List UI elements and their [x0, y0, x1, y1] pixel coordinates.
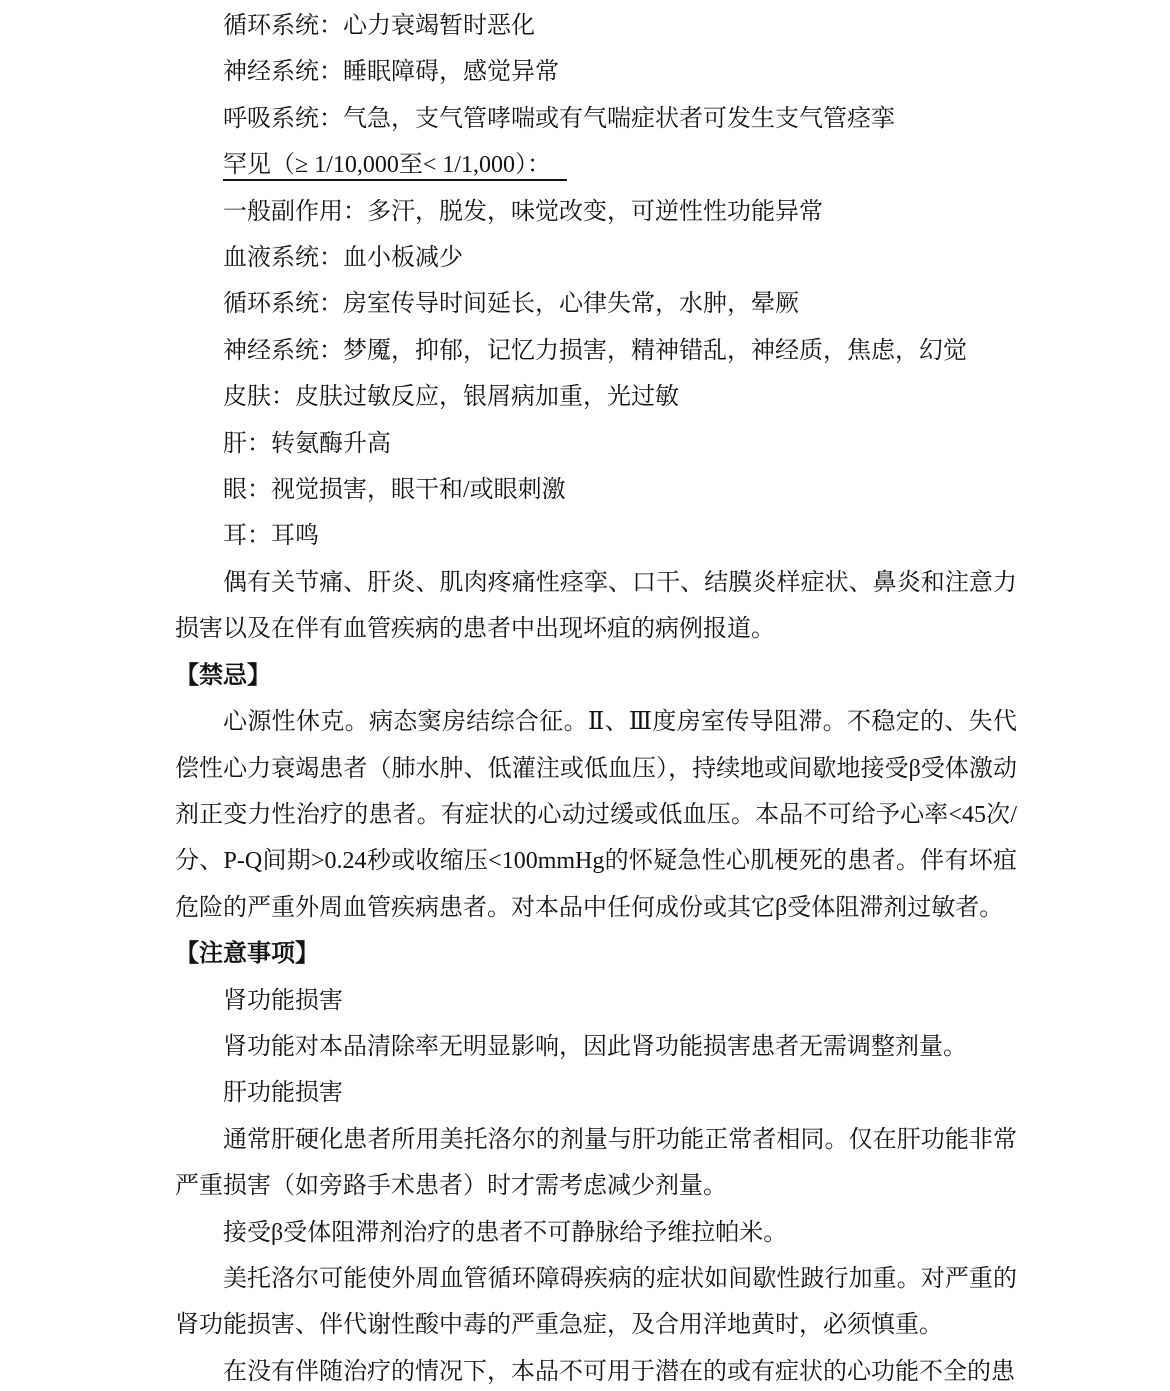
cardiac-insufficiency-paragraph-truncated: 在没有伴随治疗的情况下，本品不可用于潜在的或有症状的心功能不全的患: [175, 1349, 1017, 1391]
adverse-item-circulatory: 循环系统：心力衰竭暂时恶化: [175, 3, 1017, 49]
hepatic-impairment-paragraph: 通常肝硬化患者所用美托洛尔的剂量与肝功能正常者相同。仅在肝功能非常严重损害（如旁…: [175, 1117, 1017, 1210]
adverse-item-respiratory: 呼吸系统：气急，支气管哮喘或有气喘症状者可发生支气管痉挛: [175, 96, 1017, 142]
adverse-item-liver: 肝：转氨酶升高: [175, 421, 1017, 467]
adverse-item-eye: 眼：视觉损害，眼干和/或眼刺激: [175, 467, 1017, 513]
renal-impairment-subtitle: 肾功能损害: [175, 978, 1017, 1024]
hepatic-impairment-subtitle: 肝功能损害: [175, 1070, 1017, 1116]
occasional-reactions-paragraph: 偶有关节痛、肝炎、肌肉疼痛性痉挛、口干、结膜炎样症状、鼻炎和注意力损害以及在伴有…: [175, 560, 1017, 653]
adverse-item-general: 一般副作用：多汗，脱发，味觉改变，可逆性性功能异常: [175, 189, 1017, 235]
rare-frequency-subheading: 罕见（≥ 1/10,000至< 1/1,000）：: [175, 142, 1017, 188]
precautions-heading: 【注意事项】: [175, 931, 1017, 977]
document-page: 循环系统：心力衰竭暂时恶化 神经系统：睡眠障碍，感觉异常 呼吸系统：气急，支气管…: [0, 0, 1170, 1391]
peripheral-vascular-warning-paragraph: 美托洛尔可能使外周血管循环障碍疾病的症状如间歇性跛行加重。对严重的肾功能损害、伴…: [175, 1256, 1017, 1349]
contraindications-paragraph: 心源性休克。病态窦房结综合征。Ⅱ、Ⅲ度房室传导阻滞。不稳定的、失代偿性心力衰竭患…: [175, 699, 1017, 931]
verapamil-warning-paragraph: 接受β受体阻滞剂治疗的患者不可静脉给予维拉帕米。: [175, 1210, 1017, 1256]
adverse-item-ear: 耳：耳鸣: [175, 513, 1017, 559]
adverse-item-skin: 皮肤：皮肤过敏反应，银屑病加重，光过敏: [175, 374, 1017, 420]
adverse-item-nervous-rare: 神经系统：梦魇，抑郁，记忆力损害，精神错乱，神经质，焦虑，幻觉: [175, 328, 1017, 374]
contraindications-heading: 【禁忌】: [175, 653, 1017, 699]
renal-impairment-paragraph: 肾功能对本品清除率无明显影响，因此肾功能损害患者无需调整剂量。: [175, 1024, 1017, 1070]
rare-frequency-underlined-text: 罕见（≥ 1/10,000至< 1/1,000）：: [223, 152, 567, 181]
adverse-item-blood: 血液系统：血小板减少: [175, 235, 1017, 281]
adverse-item-circulatory-rare: 循环系统：房室传导时间延长，心律失常，水肿，晕厥: [175, 281, 1017, 327]
adverse-item-nervous: 神经系统：睡眠障碍，感觉异常: [175, 49, 1017, 95]
drug-insert-text-column: 循环系统：心力衰竭暂时恶化 神经系统：睡眠障碍，感觉异常 呼吸系统：气急，支气管…: [0, 0, 1170, 1391]
